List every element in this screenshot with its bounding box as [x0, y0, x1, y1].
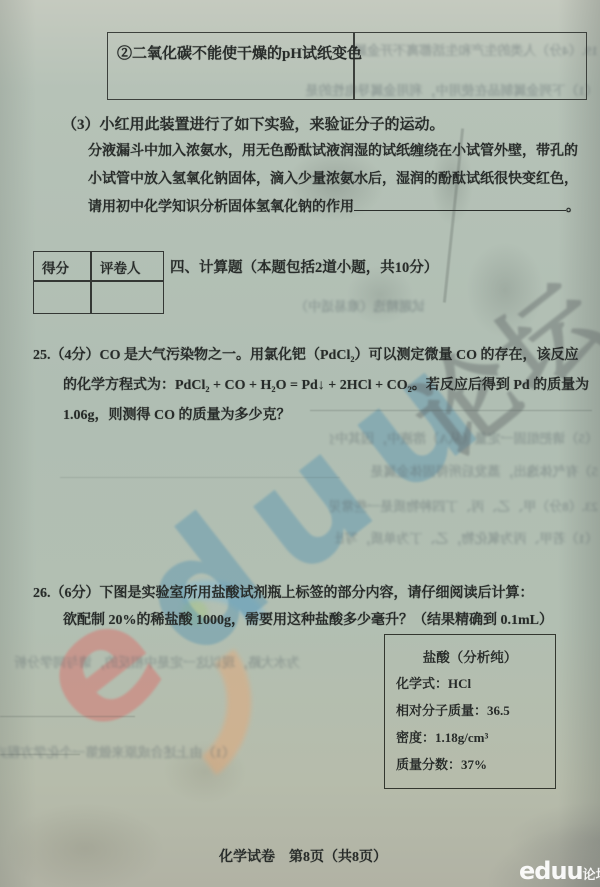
bleed-text: 为水大路，现以这一定是中相反的，请与同学分析 [0, 652, 300, 671]
score-table-divider [90, 252, 92, 313]
bleed-rule [0, 748, 80, 755]
bleed-rule [310, 404, 592, 411]
question-3-line-2: 小试管中放入氢氧化钠固体，滴入少量浓氨水后，湿润的酚酞试纸很快变红色， [88, 168, 578, 188]
reagent-label-density: 密度：1.18g/cm³ [396, 727, 488, 746]
score-label: 得分 [42, 257, 69, 277]
bleed-text: 23.（8分）甲、乙、丙、丁四种物质是一些常见物质 [330, 496, 598, 515]
page-footer: 化学试卷 第8页（共8页） [0, 846, 600, 866]
reagent-label-mass-fraction: 质量分数：37% [396, 754, 487, 773]
logo-arc-orange [73, 604, 262, 803]
bleed-text: （5）请把组固一定量（从A）溶液中，因其中金属活动性 [330, 428, 598, 447]
question-25-line-2: 的化学方程式为：PdCl₂ + CO + H₂O = Pd↓ + 2HCl + … [63, 374, 589, 394]
question-3-line-3-text: 请用初中化学知识分析固体氢氧化钠的作用 [88, 200, 354, 215]
question-3-line-1: 分液漏斗中加入浓氨水，用无色酚酞试液润湿的试纸缠绕在小试管外壁，带孔的 [88, 140, 578, 160]
eduu-logo: eduu论坛 [519, 857, 600, 885]
question-25-line-1: 25.（4分）CO 是大气污染物之一。用氯化钯（PdCl₂）可以测定微量 CO … [33, 344, 579, 364]
reagent-label-title: 盐酸（分析纯） [385, 646, 555, 666]
reagent-label-formula: 化学式：HCl [396, 673, 471, 692]
bleed-text: 试题精选（难易适中） [255, 296, 425, 315]
score-table-rule [34, 280, 163, 282]
eduu-logo-name: eduu [519, 857, 583, 885]
eduu-logo-suffix: 论坛 [583, 868, 600, 883]
section-4-heading: 四、计算题（本题包括2道小题，共10分） [170, 256, 438, 277]
question-25-line-3: 1.06g，则测得 CO 的质量为多少克？ [63, 404, 291, 424]
question-26-line-2: 欲配制 20%的稀盐酸 1000g，需要用这种盐酸多少毫升？（结果精确到 0.1… [63, 609, 553, 629]
bleed-rule [0, 710, 135, 717]
score-table: 得分 评卷人 [33, 251, 164, 314]
question-26-line-1: 26.（6分）下图是实验室所用盐酸试剂瓶上标签的部分内容，请仔细阅读后计算： [33, 582, 534, 602]
bleed-text: （1）由上述合成原来做第一个化学方程式 [0, 742, 235, 761]
reagent-label-molar-mass: 相对分子质量：36.5 [396, 700, 510, 719]
question-3-line-3: 请用初中化学知识分析固体氢氧化钠的作用。 [88, 196, 580, 216]
bleed-text: 5）有气体逸出，蒸发后所得固体金属是 [335, 461, 598, 480]
answer-blank-underline [354, 196, 566, 211]
reagent-label-box: 盐酸（分析纯） 化学式：HCl 相对分子质量：36.5 密度：1.18g/cm³… [384, 634, 556, 789]
exam-paper: eduu论坛 19.（4分）人类的生产和生活都离不开金属 （1）下列金属制品在使… [0, 0, 600, 887]
question-3-period: 。 [566, 200, 580, 215]
bleed-text: （1）若甲、丙为氧化物，乙、丁为单质，写出 [335, 528, 598, 547]
statement-table: ②二氧化碳不能使干燥的pH试纸变色 [107, 32, 587, 100]
watermark-forum-text: 论坛 [394, 262, 600, 478]
grader-label: 评卷人 [100, 257, 141, 277]
question-3-heading: （3）小红用此装置进行了如下实验，来验证分子的运动。 [62, 113, 445, 134]
bleed-rule [60, 471, 340, 478]
statement-cell: ②二氧化碳不能使干燥的pH试纸变色 [117, 42, 362, 63]
